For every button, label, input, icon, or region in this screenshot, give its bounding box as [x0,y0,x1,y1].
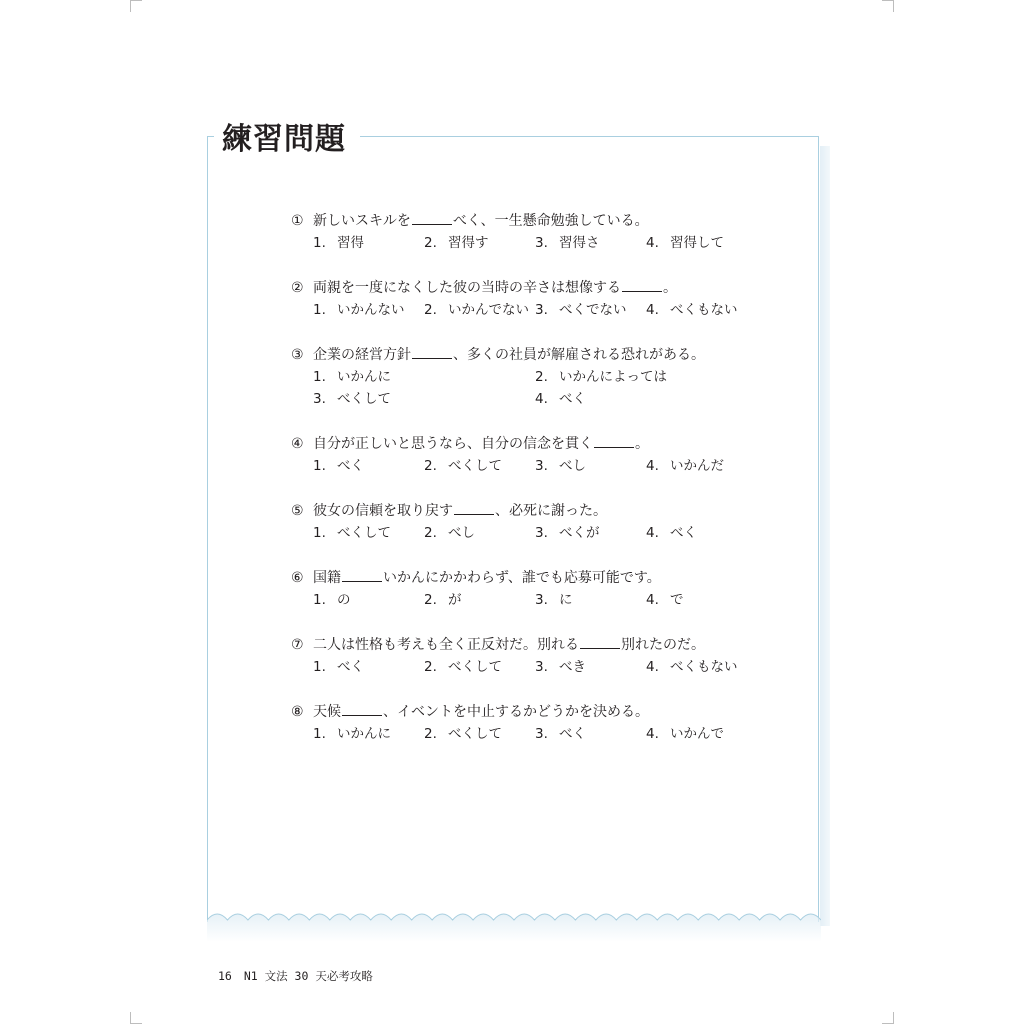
option-number: 1. [313,232,337,254]
stem-before: 企業の経営方針 [313,347,411,363]
stem-after: 。 [635,436,649,452]
option-text: 習得さ [559,235,600,251]
page-footer: 16N1 文法 30 天必考攻略 [218,968,385,984]
option-text: いかんない [337,302,405,318]
answer-option[interactable]: 4.いかんで [646,723,757,745]
question-stem: ④自分が正しいと思うなら、自分の信念を貫く。 [291,433,771,455]
answer-option[interactable]: 3.習得さ [535,232,646,254]
answer-blank[interactable] [622,277,662,292]
answer-options: 1.べく2.べくして3.べし4.いかんだ [291,455,771,477]
option-number: 3. [535,232,559,254]
answer-options: 1.いかんない2.いかんでない3.べくでない4.べくもない [291,299,771,321]
option-number: 4. [646,656,670,678]
answer-options: 1.べく2.べくして3.べき4.べくもない [291,656,771,678]
option-text: いかんだ [670,458,724,474]
answer-option[interactable]: 1.べく [313,455,424,477]
stem-after: 、必死に謝った。 [495,503,607,519]
option-text: べき [559,659,586,675]
answer-option[interactable]: 3.に [535,589,646,611]
question-number: ⑤ [291,500,313,522]
option-number: 2. [424,656,448,678]
option-text: べくでない [559,302,627,318]
option-text: べし [448,525,475,541]
option-text: べくが [559,525,600,541]
answer-options: 1.いかんに2.いかんによっては3.べくして4.べく [291,366,771,410]
option-number: 2. [424,522,448,544]
answer-option[interactable]: 4.べくもない [646,656,757,678]
option-number: 1. [313,299,337,321]
answer-option[interactable]: 1.いかんに [313,366,535,388]
answer-option[interactable]: 2.いかんでない [424,299,535,321]
option-number: 3. [313,388,337,410]
option-number: 2. [535,366,559,388]
option-text: べし [559,458,586,474]
option-number: 1. [313,723,337,745]
scalloped-bottom-edge [207,912,821,942]
page-title: 練習問題 [222,118,346,162]
question-stem: ⑤彼女の信頼を取り戻す、必死に謝った。 [291,500,771,522]
frame-shadow [820,146,830,926]
answer-option[interactable]: 2.習得す [424,232,535,254]
stem-after: べく、一生懸命勉強している。 [453,213,649,229]
answer-option[interactable]: 1.いかんない [313,299,424,321]
option-number: 2. [424,589,448,611]
option-text: べく [559,726,586,742]
answer-option[interactable]: 4.習得して [646,232,757,254]
option-text: べく [337,458,364,474]
answer-blank[interactable] [342,567,382,582]
question-stem: ②両親を一度になくした彼の当時の辛さは想像する。 [291,277,771,299]
answer-option[interactable]: 4.べく [646,522,757,544]
option-number: 3. [535,455,559,477]
answer-option[interactable]: 2.べくして [424,723,535,745]
stem-before: 新しいスキルを [313,213,411,229]
option-text: の [337,592,351,608]
option-text: 習得して [670,235,724,251]
question-number: ④ [291,433,313,455]
stem-after: 。 [663,280,677,296]
answer-option[interactable]: 2.べくして [424,455,535,477]
option-text: が [448,592,462,608]
question-item: ④自分が正しいと思うなら、自分の信念を貫く。1.べく2.べくして3.べし4.いか… [291,433,771,477]
question-number: ③ [291,344,313,366]
answer-options: 1.習得2.習得す3.習得さ4.習得して [291,232,771,254]
option-number: 3. [535,723,559,745]
answer-blank[interactable] [454,500,494,515]
option-text: いかんで [670,726,724,742]
answer-blank[interactable] [580,634,620,649]
option-text: べくして [448,726,502,742]
option-text: べくもない [670,302,738,318]
option-text: べくもない [670,659,738,675]
stem-after: 、多くの社員が解雇される恐れがある。 [453,347,705,363]
question-item: ①新しいスキルをべく、一生懸命勉強している。1.習得2.習得す3.習得さ4.習得… [291,210,771,254]
answer-option[interactable]: 3.べく [535,723,646,745]
question-item: ⑥国籍いかんにかかわらず、誰でも応募可能です。1.の2.が3.に4.で [291,567,771,611]
question-item: ②両親を一度になくした彼の当時の辛さは想像する。1.いかんない2.いかんでない3… [291,277,771,321]
title-container: 練習問題 [214,118,360,162]
option-number: 4. [646,522,670,544]
option-number: 4. [646,232,670,254]
crop-mark-top-left-h [130,0,142,1]
question-number: ⑧ [291,701,313,723]
option-number: 4. [535,388,559,410]
option-text: べくして [448,458,502,474]
option-number: 3. [535,656,559,678]
question-number: ⑥ [291,567,313,589]
option-number: 4. [646,589,670,611]
option-number: 1. [313,656,337,678]
answer-option[interactable]: 2.べくして [424,656,535,678]
option-number: 2. [424,232,448,254]
option-number: 1. [313,522,337,544]
option-number: 4. [646,455,670,477]
option-text: 習得す [448,235,489,251]
option-number: 4. [646,723,670,745]
answer-option[interactable]: 1.習得 [313,232,424,254]
stem-before: 国籍 [313,570,341,586]
stem-before: 自分が正しいと思うなら、自分の信念を貫く [313,436,593,452]
option-text: べく [559,391,586,407]
question-item: ⑤彼女の信頼を取り戻す、必死に謝った。1.べくして2.べし3.べくが4.べく [291,500,771,544]
answer-options: 1.べくして2.べし3.べくが4.べく [291,522,771,544]
question-number: ② [291,277,313,299]
answer-option[interactable]: 2.いかんによっては [535,366,757,388]
answer-option[interactable]: 4.で [646,589,757,611]
crop-mark-top-left-v [130,0,131,12]
question-list: ①新しいスキルをべく、一生懸命勉強している。1.習得2.習得す3.習得さ4.習得… [291,210,771,768]
option-text: で [670,592,684,608]
option-text: いかんによっては [559,369,667,385]
stem-after: いかんにかかわらず、誰でも応募可能です。 [383,570,661,586]
option-text: いかんでない [448,302,529,318]
answer-blank[interactable] [594,433,634,448]
option-number: 2. [424,299,448,321]
option-number: 3. [535,589,559,611]
option-text: べくして [337,391,391,407]
option-text: べくして [337,525,391,541]
stem-before: 彼女の信頼を取り戻す [313,503,453,519]
option-text: 習得 [337,235,364,251]
option-number: 4. [646,299,670,321]
question-item: ⑦二人は性格も考えも全く正反対だ。別れる別れたのだ。1.べく2.べくして3.べき… [291,634,771,678]
option-number: 1. [313,366,337,388]
stem-before: 両親を一度になくした彼の当時の辛さは想像する [313,280,621,296]
answer-option[interactable]: 1.べくして [313,522,424,544]
question-stem: ①新しいスキルをべく、一生懸命勉強している。 [291,210,771,232]
option-text: べく [337,659,364,675]
answer-option[interactable]: 3.べくが [535,522,646,544]
answer-option[interactable]: 1.の [313,589,424,611]
stem-before: 天候 [313,704,341,720]
answer-option[interactable]: 3.べくでない [535,299,646,321]
question-stem: ⑥国籍いかんにかかわらず、誰でも応募可能です。 [291,567,771,589]
answer-option[interactable]: 2.べし [424,522,535,544]
answer-option[interactable]: 4.べくもない [646,299,757,321]
book-title: N1 文法 30 天必考攻略 [244,969,373,983]
option-text: べく [670,525,697,541]
question-item: ③企業の経営方針、多くの社員が解雇される恐れがある。1.いかんに2.いかんによっ… [291,344,771,410]
answer-blank[interactable] [412,210,452,225]
option-text: いかんに [337,369,391,385]
answer-option[interactable]: 4.べく [535,388,757,410]
stem-after: 別れたのだ。 [621,637,705,653]
option-text: いかんに [337,726,391,742]
answer-option[interactable]: 1.べく [313,656,424,678]
question-number: ① [291,210,313,232]
page-number: 16 [218,969,232,983]
answer-blank[interactable] [342,701,382,716]
crop-mark-top-right-v [893,0,894,12]
answer-option[interactable]: 4.いかんだ [646,455,757,477]
answer-option[interactable]: 3.べし [535,455,646,477]
answer-option[interactable]: 1.いかんに [313,723,424,745]
option-number: 1. [313,589,337,611]
answer-blank[interactable] [412,344,452,359]
option-text: に [559,592,573,608]
answer-option[interactable]: 3.べき [535,656,646,678]
crop-mark-top-right-h [882,0,894,1]
stem-before: 二人は性格も考えも全く正反対だ。別れる [313,637,579,653]
option-number: 1. [313,455,337,477]
question-stem: ⑦二人は性格も考えも全く正反対だ。別れる別れたのだ。 [291,634,771,656]
option-text: べくして [448,659,502,675]
question-item: ⑧天候、イベントを中止するかどうかを決める。1.いかんに2.べくして3.べく4.… [291,701,771,745]
answer-option[interactable]: 3.べくして [313,388,535,410]
answer-option[interactable]: 2.が [424,589,535,611]
option-number: 3. [535,299,559,321]
option-number: 2. [424,723,448,745]
question-stem: ⑧天候、イベントを中止するかどうかを決める。 [291,701,771,723]
answer-options: 1.いかんに2.べくして3.べく4.いかんで [291,723,771,745]
stem-after: 、イベントを中止するかどうかを決める。 [383,704,649,720]
answer-options: 1.の2.が3.に4.で [291,589,771,611]
option-number: 2. [424,455,448,477]
question-number: ⑦ [291,634,313,656]
question-stem: ③企業の経営方針、多くの社員が解雇される恐れがある。 [291,344,771,366]
option-number: 3. [535,522,559,544]
